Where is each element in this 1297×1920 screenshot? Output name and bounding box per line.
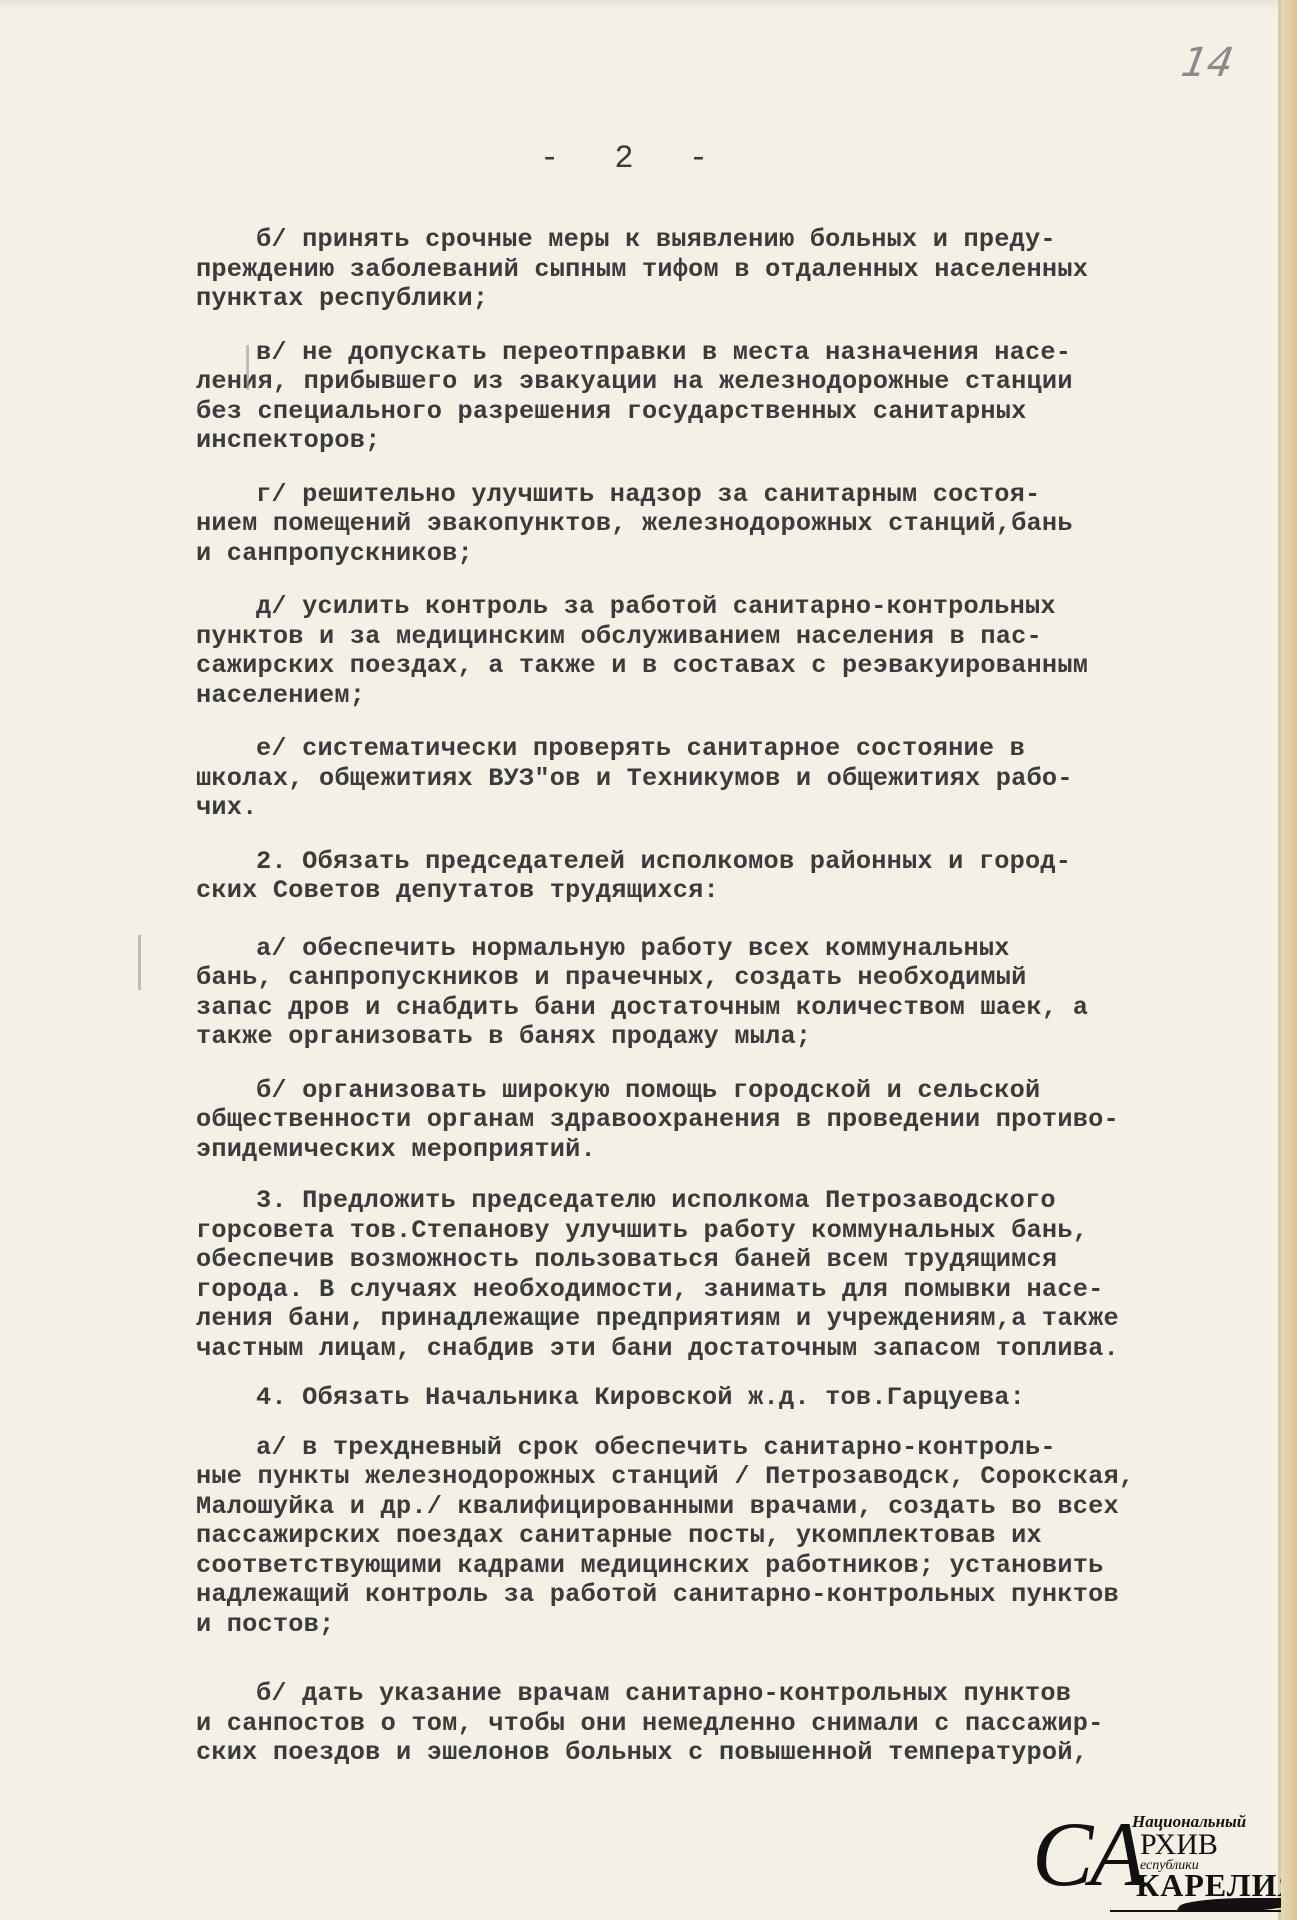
paragraph: 4. Обязать Начальника Кировской ж.д. тов… [196, 1383, 1276, 1413]
text-line: обеспечив возможность пользоваться баней… [196, 1245, 1276, 1275]
paragraph: а/ обеспечить нормальную работу всех ком… [196, 934, 1276, 1052]
text-line: в/ не допускать переотправки в места наз… [196, 338, 1276, 368]
page-edge [1281, 0, 1297, 1920]
text-line: 3. Предложить председателю исполкома Пет… [196, 1186, 1276, 1216]
margin-pencil-mark [138, 935, 141, 990]
text-line: общественности органам здравоохранения в… [196, 1105, 1276, 1135]
text-line: частным лицам, снабдив эти бани достаточ… [196, 1334, 1276, 1364]
text-line: инспекторов; [196, 426, 1276, 456]
paragraph: 3. Предложить председателю исполкома Пет… [196, 1186, 1276, 1363]
folio-number: 14 [1178, 40, 1237, 86]
text-line: 4. Обязать Начальника Кировской ж.д. тов… [196, 1383, 1276, 1413]
text-line: эпидемических мероприятий. [196, 1135, 1276, 1165]
logo-line-2: РХИВ [1140, 1830, 1218, 1860]
text-line: запас дров и снабдить бани достаточным к… [196, 993, 1276, 1023]
text-line: без специального разрешения государствен… [196, 397, 1276, 427]
margin-pencil-mark [246, 345, 249, 390]
text-line: г/ решительно улучшить надзор за санитар… [196, 480, 1276, 510]
text-line: д/ усилить контроль за работой санитарно… [196, 592, 1276, 622]
text-line: 2. Обязать председателей исполкомов райо… [196, 847, 1276, 877]
text-line: и постов; [196, 1610, 1276, 1640]
text-line: б/ организовать широкую помощь городской… [196, 1076, 1276, 1106]
text-line: населением; [196, 681, 1276, 711]
paragraph: г/ решительно улучшить надзор за санитар… [196, 480, 1276, 569]
logo-initials: СА [1032, 1808, 1146, 1900]
paragraph: б/ дать указание врачам санитарно-контро… [196, 1679, 1276, 1768]
text-line: горсовета тов.Степанову улучшить работу … [196, 1216, 1276, 1246]
text-line: ских Советов депутатов трудящихся: [196, 876, 1276, 906]
text-line: пассажирских поездах санитарные посты, у… [196, 1521, 1276, 1551]
text-line: ные пункты железнодорожных станций / Пет… [196, 1462, 1276, 1492]
text-line: ления, прибывшего из эвакуации на железн… [196, 367, 1276, 397]
paragraph: д/ усилить контроль за работой санитарно… [196, 592, 1276, 710]
text-line: соответствующими кадрами медицинских раб… [196, 1551, 1276, 1581]
document-page: 14 - 2 - б/ принять срочные меры к выявл… [0, 0, 1281, 1920]
text-line: сажирских поездах, а также и в составах … [196, 651, 1276, 681]
text-line: е/ систематически проверять санитарное с… [196, 734, 1276, 764]
paragraph: 2. Обязать председателей исполкомов райо… [196, 847, 1276, 906]
text-line: бань, санпропускников и прачечных, созда… [196, 963, 1276, 993]
text-line: ления бани, принадлежащие предприятиям и… [196, 1304, 1276, 1334]
text-line: Малошуйка и др./ квалифицированными врач… [196, 1492, 1276, 1522]
text-line: б/ дать указание врачам санитарно-контро… [196, 1679, 1276, 1709]
text-line: б/ принять срочные меры к выявлению боль… [196, 225, 1276, 255]
text-line: преждению заболеваний сыпным тифом в отд… [196, 255, 1276, 285]
text-line: и санпропускников; [196, 539, 1276, 569]
text-line: пунктов и за медицинским обслуживанием н… [196, 622, 1276, 652]
paragraph: б/ принять срочные меры к выявлению боль… [196, 225, 1276, 314]
text-line: надлежащий контроль за работой санитарно… [196, 1580, 1276, 1610]
text-line: города. В случаях необходимости, занимат… [196, 1275, 1276, 1305]
text-line: пунктах республики; [196, 284, 1276, 314]
paragraph: е/ систематически проверять санитарное с… [196, 734, 1276, 823]
text-line: чих. [196, 793, 1276, 823]
text-line: а/ в трехдневный срок обеспечить санитар… [196, 1433, 1276, 1463]
text-line: и санпостов о том, чтобы они немедленно … [196, 1709, 1276, 1739]
document-body: б/ принять срочные меры к выявлению боль… [196, 225, 1276, 1792]
text-line: нием помещений эвакопунктов, железнодоро… [196, 509, 1276, 539]
text-line: также организовать в банях продажу мыла; [196, 1022, 1276, 1052]
paragraph: в/ не допускать переотправки в места наз… [196, 338, 1276, 456]
page-number: - 2 - [540, 140, 726, 177]
text-line: а/ обеспечить нормальную работу всех ком… [196, 934, 1276, 964]
paragraph: б/ организовать широкую помощь городской… [196, 1076, 1276, 1165]
text-line: школах, общежитиях ВУЗ"ов и Техникумов и… [196, 764, 1276, 794]
archive-logo: СА Национальный РХИВ еспублики КАРЕЛИЯ [1030, 1800, 1290, 1910]
paragraph: а/ в трехдневный срок обеспечить санитар… [196, 1433, 1276, 1640]
text-line: ских поездов и эшелонов больных с повыше… [196, 1738, 1276, 1768]
